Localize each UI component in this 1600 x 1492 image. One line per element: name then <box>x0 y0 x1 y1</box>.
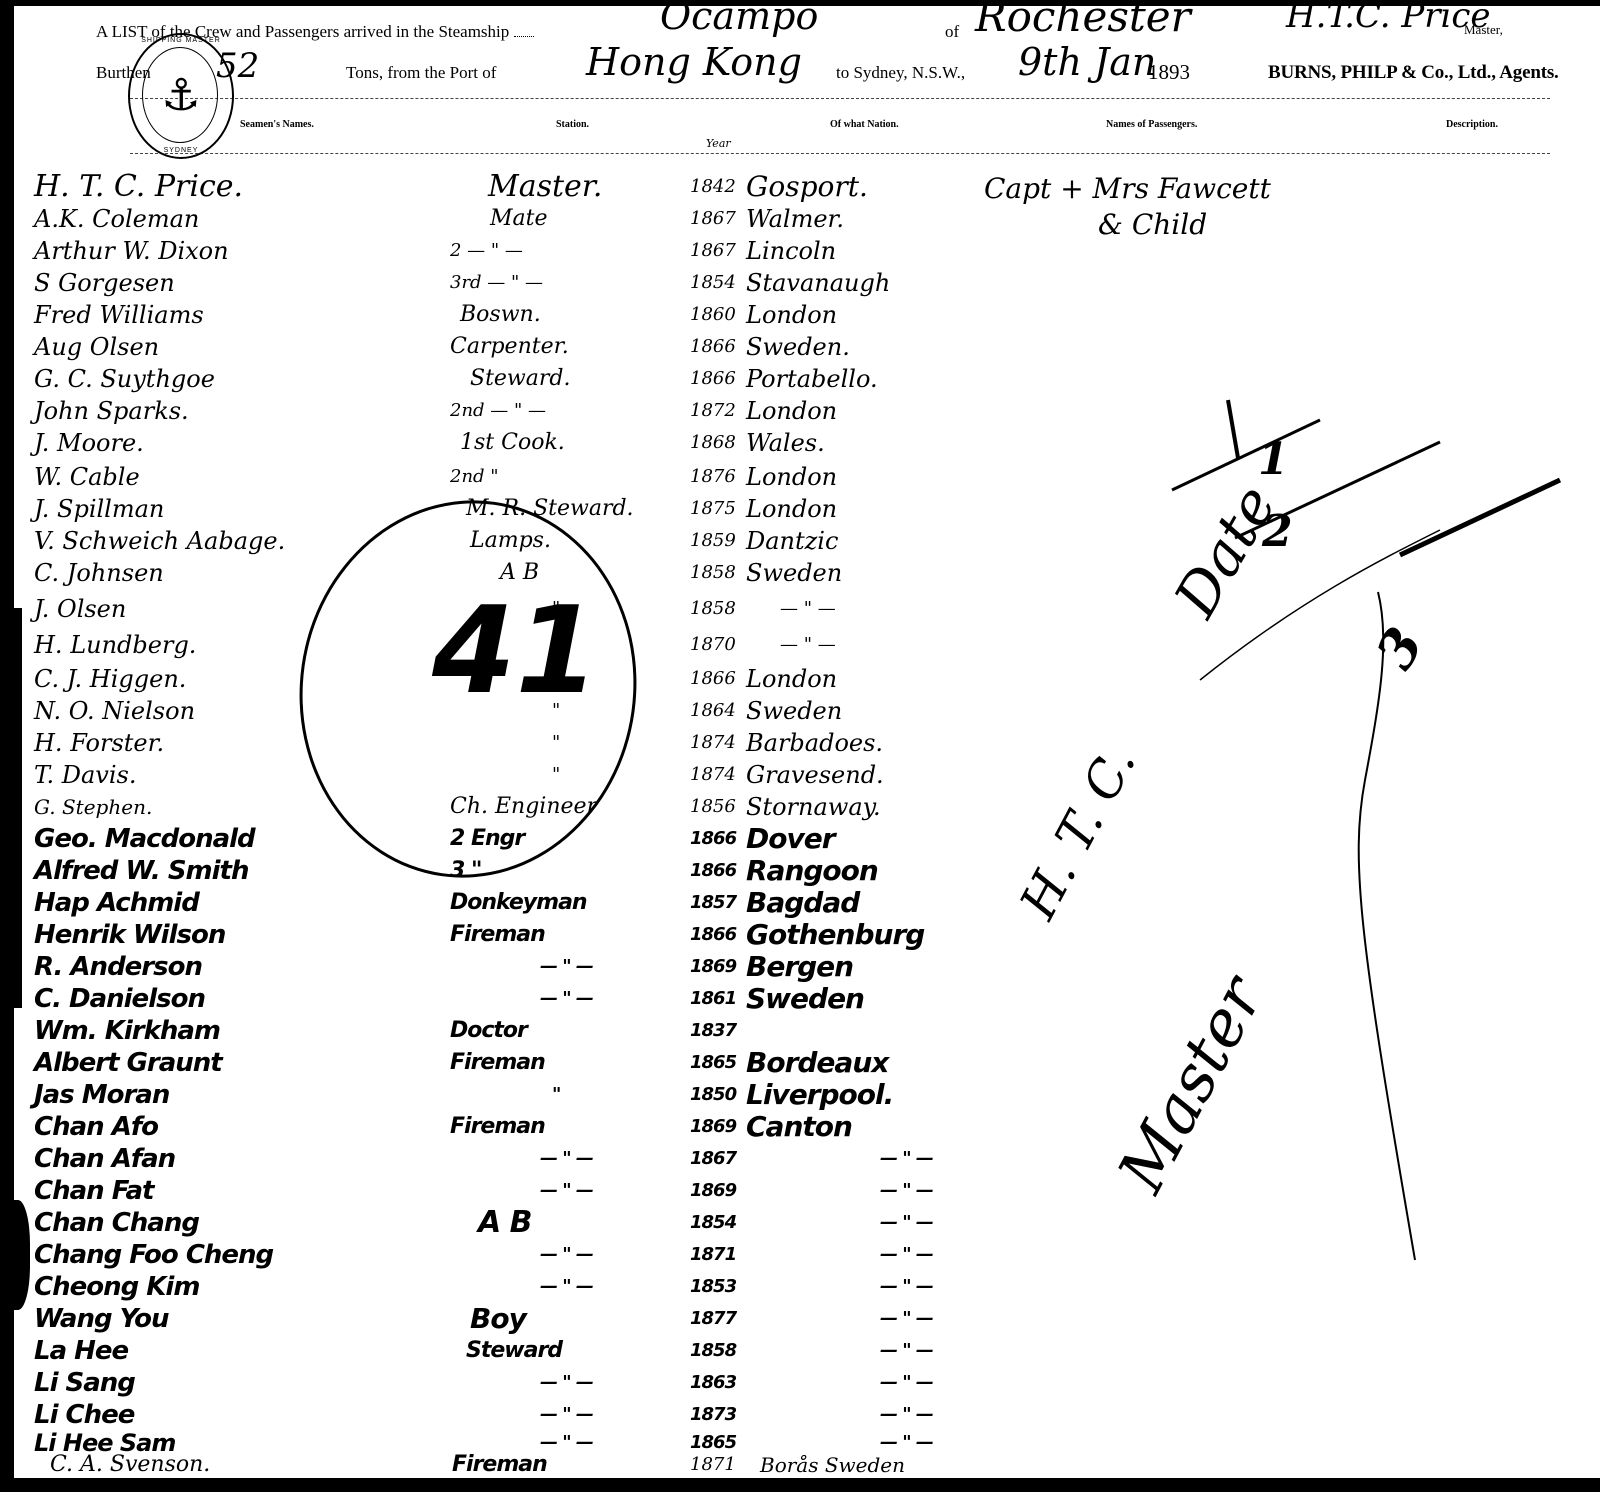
from-port: Hong Kong <box>586 40 802 84</box>
circled-total-count: 41 <box>432 582 599 721</box>
crew-row: A.K. Coleman Mate 1867 Walmer. <box>0 204 1000 234</box>
crew-row: Cheong Kim — " — 1853 — " — <box>0 1272 1000 1302</box>
header-rule <box>130 98 1550 99</box>
crew-row: Chan Afo Fireman 1869 Canton <box>0 1112 1000 1142</box>
master-name-header: H.T.C. Price <box>1286 0 1491 36</box>
anchor-crown-icon: ⚓ <box>156 61 206 131</box>
to-label: to Sydney, N.S.W., <box>836 63 965 83</box>
of-label: of <box>945 22 959 42</box>
manifest-page: A LIST of the Crew and Passengers arrive… <box>0 0 1600 1492</box>
crew-row: Fred Williams Boswn. 1860 London <box>0 300 1000 330</box>
crew-row: Albert Graunt Fireman 1865 Bordeaux <box>0 1048 1000 1078</box>
col-header-year: Year <box>706 137 731 150</box>
crew-row: Jas Moran " 1850 Liverpool. <box>0 1080 1000 1110</box>
crew-row: J. Moore. 1st Cook. 1868 Wales. <box>0 428 1000 458</box>
col-header-names: Seamen's Names. <box>240 119 314 130</box>
shipping-master-stamp: SHIPPING MASTER ⚓ SYDNEY <box>128 33 234 159</box>
crew-row: Chang Foo Cheng — " — 1871 — " — <box>0 1240 1000 1270</box>
crew-row: Henrik Wilson Fireman 1866 Gothenburg <box>0 920 1000 950</box>
margin-fraction-numerator: 1 <box>1258 434 1289 485</box>
crew-row: Li Chee — " — 1873 — " — <box>0 1400 1000 1430</box>
crew-row: S Gorgesen 3rd — " — 1854 Stavanaugh <box>0 268 1000 298</box>
crew-row: Chan Chang A B 1854 — " — <box>0 1208 1000 1238</box>
tons-label: Tons, from the Port of <box>346 63 496 83</box>
crew-row: Chan Fat — " — 1869 — " — <box>0 1176 1000 1206</box>
col-header-description: Description. <box>1446 119 1498 130</box>
col-header-nation: Of what Nation. <box>830 119 899 130</box>
crew-row: G. C. Suythgoe Steward. 1866 Portabello. <box>0 364 1000 394</box>
crew-row: La Hee Steward 1858 — " — <box>0 1336 1000 1366</box>
crew-row: R. Anderson — " — 1869 Bergen <box>0 952 1000 982</box>
crew-row: Aug Olsen Carpenter. 1866 Sweden. <box>0 332 1000 362</box>
column-rule <box>130 153 1550 154</box>
crew-row: Wm. Kirkham Doctor 1837 <box>0 1016 1000 1046</box>
steamship-name: Ocampo <box>660 0 818 38</box>
crew-row: Hap Achmid Donkeyman 1857 Bagdad <box>0 888 1000 918</box>
crew-row: Chan Afan — " — 1867 — " — <box>0 1144 1000 1174</box>
crew-row: C. A. Svenson. Fireman 1871 Borås Sweden <box>0 1450 1000 1480</box>
arrival-year: 1893 <box>1148 60 1190 85</box>
crew-row: W. Cable 2nd " 1876 London <box>0 462 1000 492</box>
passenger-line: Capt + Mrs Fawcett <box>984 172 1271 205</box>
port-of-registry: Rochester <box>975 0 1191 41</box>
crew-row: John Sparks. 2nd — " — 1872 London <box>0 396 1000 426</box>
agents-label: BURNS, PHILP & Co., Ltd., Agents. <box>1268 62 1559 84</box>
passenger-line: & Child <box>1098 208 1207 241</box>
master-label: Master, <box>1464 22 1503 38</box>
col-header-passengers: Names of Passengers. <box>1106 119 1197 130</box>
crew-row: Li Sang — " — 1863 — " — <box>0 1368 1000 1398</box>
crew-row: Wang You Boy 1877 — " — <box>0 1304 1000 1334</box>
col-header-station: Station. <box>556 119 589 130</box>
scan-edge-bottom <box>0 1478 1600 1492</box>
crew-row: Arthur W. Dixon 2 — " — 1867 Lincoln <box>0 236 1000 266</box>
crew-row: H. T. C. Price. Master. 1842 Gosport. <box>0 172 1000 202</box>
arrival-date: 9th Jan <box>1018 40 1156 84</box>
crew-row: C. Danielson — " — 1861 Sweden <box>0 984 1000 1014</box>
